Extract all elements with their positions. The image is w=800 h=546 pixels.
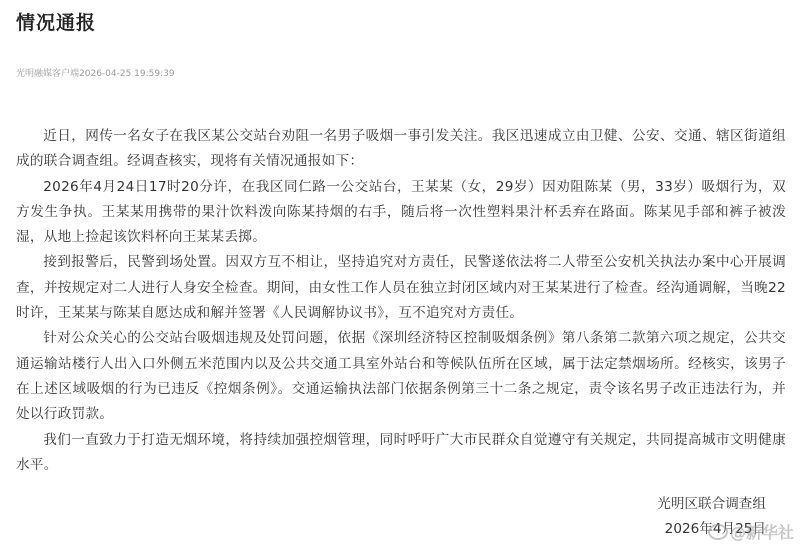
watermark: @新华社 xyxy=(708,520,794,543)
timestamp: 2026-04-25 19:59:39 xyxy=(79,69,175,79)
article-body: 近日，网传一名女子在我区某公交站台劝阻一名男子吸烟一事引发关注。我区迅速成立由卫… xyxy=(16,124,786,478)
watermark-text: @新华社 xyxy=(730,520,794,543)
paragraph-intro: 近日，网传一名女子在我区某公交站台劝阻一名男子吸烟一事引发关注。我区迅速成立由卫… xyxy=(16,124,786,175)
paragraph-closing: 我们一直致力于打造无烟环境，将持续加强控烟管理，同时呼吁广大市民群众自觉遵守有关… xyxy=(16,428,786,479)
paragraph-regulation: 针对公众关心的公交站台吸烟违规及处罚问题，依据《深圳经济特区控制吸烟条例》第八条… xyxy=(16,326,786,427)
article-meta: 光明融媒客户端2026-04-25 19:59:39 xyxy=(16,66,175,79)
source-label: 光明融媒客户端 xyxy=(16,69,79,79)
signature-org: 光明区联合调查组 xyxy=(657,492,766,517)
paragraph-incident: 2026年4月24日17时20分许，在我区同仁路一公交站台，王某某（女，29岁）… xyxy=(16,175,786,251)
page-title: 情况通报 xyxy=(16,8,96,35)
paragraph-police: 接到报警后，民警到场处置。因双方互不相让，坚持追究对方责任，民警遂依法将二人带至… xyxy=(16,250,786,326)
weibo-icon xyxy=(708,524,728,540)
